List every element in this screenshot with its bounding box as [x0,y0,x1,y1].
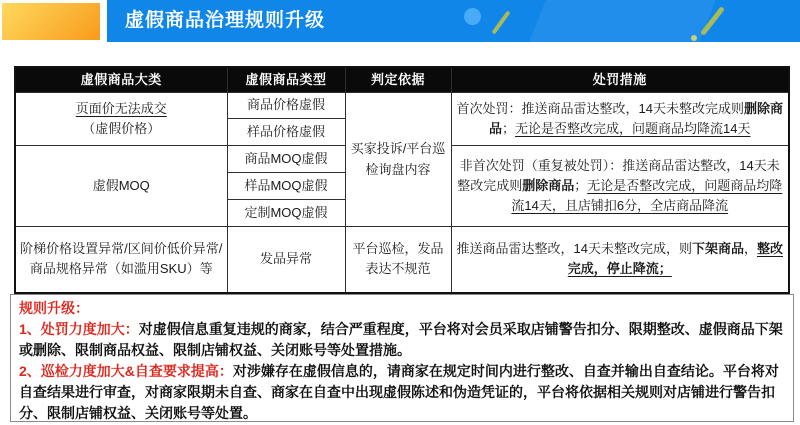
rules-table: 虚假商品大类 虚假商品类型 判定依据 处罚措施 页面价无法成交 （虚假价格） 商… [14,66,790,294]
notes-item-label: 2、巡检力度加大&自查要求提高： [19,363,233,379]
header-accent-block [2,3,100,40]
cell-basis-inspection: 平台巡检，发品表达不规范 [345,227,451,293]
page: 虚假商品治理规则升级 虚假商品大类 虚假商品类型 判定依据 处罚措施 页面价无法… [0,0,800,425]
cell-penalty-abnormal: 推送商品雷达整改，14天未整改完成，则下架商品，整改完成，停止降流； [451,227,789,293]
cell-type-product-moq: 商品MOQ虚假 [227,146,345,173]
cell-type-product-price: 商品价格虚假 [227,93,345,119]
cell-type-custom-moq: 定制MOQ虚假 [227,200,345,227]
cell-basis-complaint: 买家投诉/平台巡检询盘内容 [345,93,451,227]
notes-item-penalty: 1、处罚力度加大：对虚假信息重复违规的商家，结合严重程度，平台将对会员采取店铺警… [19,319,785,361]
page-title: 虚假商品治理规则升级 [125,0,325,42]
notes-item-inspection: 2、巡检力度加大&自查要求提高：对涉嫌存在虚假信息的，请商家在规定时间内进行整改… [19,361,785,424]
notes-item-label: 1、处罚力度加大： [19,321,139,337]
cell-category-price: 页面价无法成交 （虚假价格） [15,93,227,146]
banner-circle-decoration [464,8,481,25]
cell-category-abnormal: 阶梯价格设置异常/区间价低价异常/商品规格异常（如滥用SKU）等 [15,227,227,293]
cell-penalty-repeat: 非首次处罚（重复被处罚）：推送商品雷达整改，14天未整改完成则删除商品；无论是否… [451,146,789,227]
header-banner: 虚假商品治理规则升级 [107,0,800,42]
table-row: 页面价无法成交 （虚假价格） 商品价格虚假 买家投诉/平台巡检询盘内容 首次处罚… [15,93,789,119]
col-header-category: 虚假商品大类 [15,67,227,93]
notes-title: 规则升级： [19,298,785,319]
table-row: 阶梯价格设置异常/区间价低价异常/商品规格异常（如滥用SKU）等 发品异常 平台… [15,227,789,293]
col-header-basis: 判定依据 [345,67,451,93]
cell-type-sample-moq: 样品MOQ虚假 [227,173,345,200]
banner-light-band [526,0,719,42]
category-price-line1: 页面价无法成交 [76,101,167,116]
banner-dot-decoration [691,35,697,41]
col-header-penalty: 处罚措施 [451,67,789,93]
rules-upgrade-notes: 规则升级： 1、处罚力度加大：对虚假信息重复违规的商家，结合严重程度，平台将对会… [10,294,794,422]
col-header-type: 虚假商品类型 [227,67,345,93]
category-price-line2: （虚假价格） [82,121,160,136]
cell-penalty-first: 首次处罚：推送商品雷达整改，14天未整改完成则删除商品；无论是否整改完成，问题商… [451,93,789,146]
cell-type-listing-abnormal: 发品异常 [227,227,345,293]
table-header-row: 虚假商品大类 虚假商品类型 判定依据 处罚措施 [15,67,789,93]
cell-category-moq: 虚假MOQ [15,146,227,227]
cell-type-sample-price: 样品价格虚假 [227,119,345,146]
banner-slash-decoration [491,10,510,34]
